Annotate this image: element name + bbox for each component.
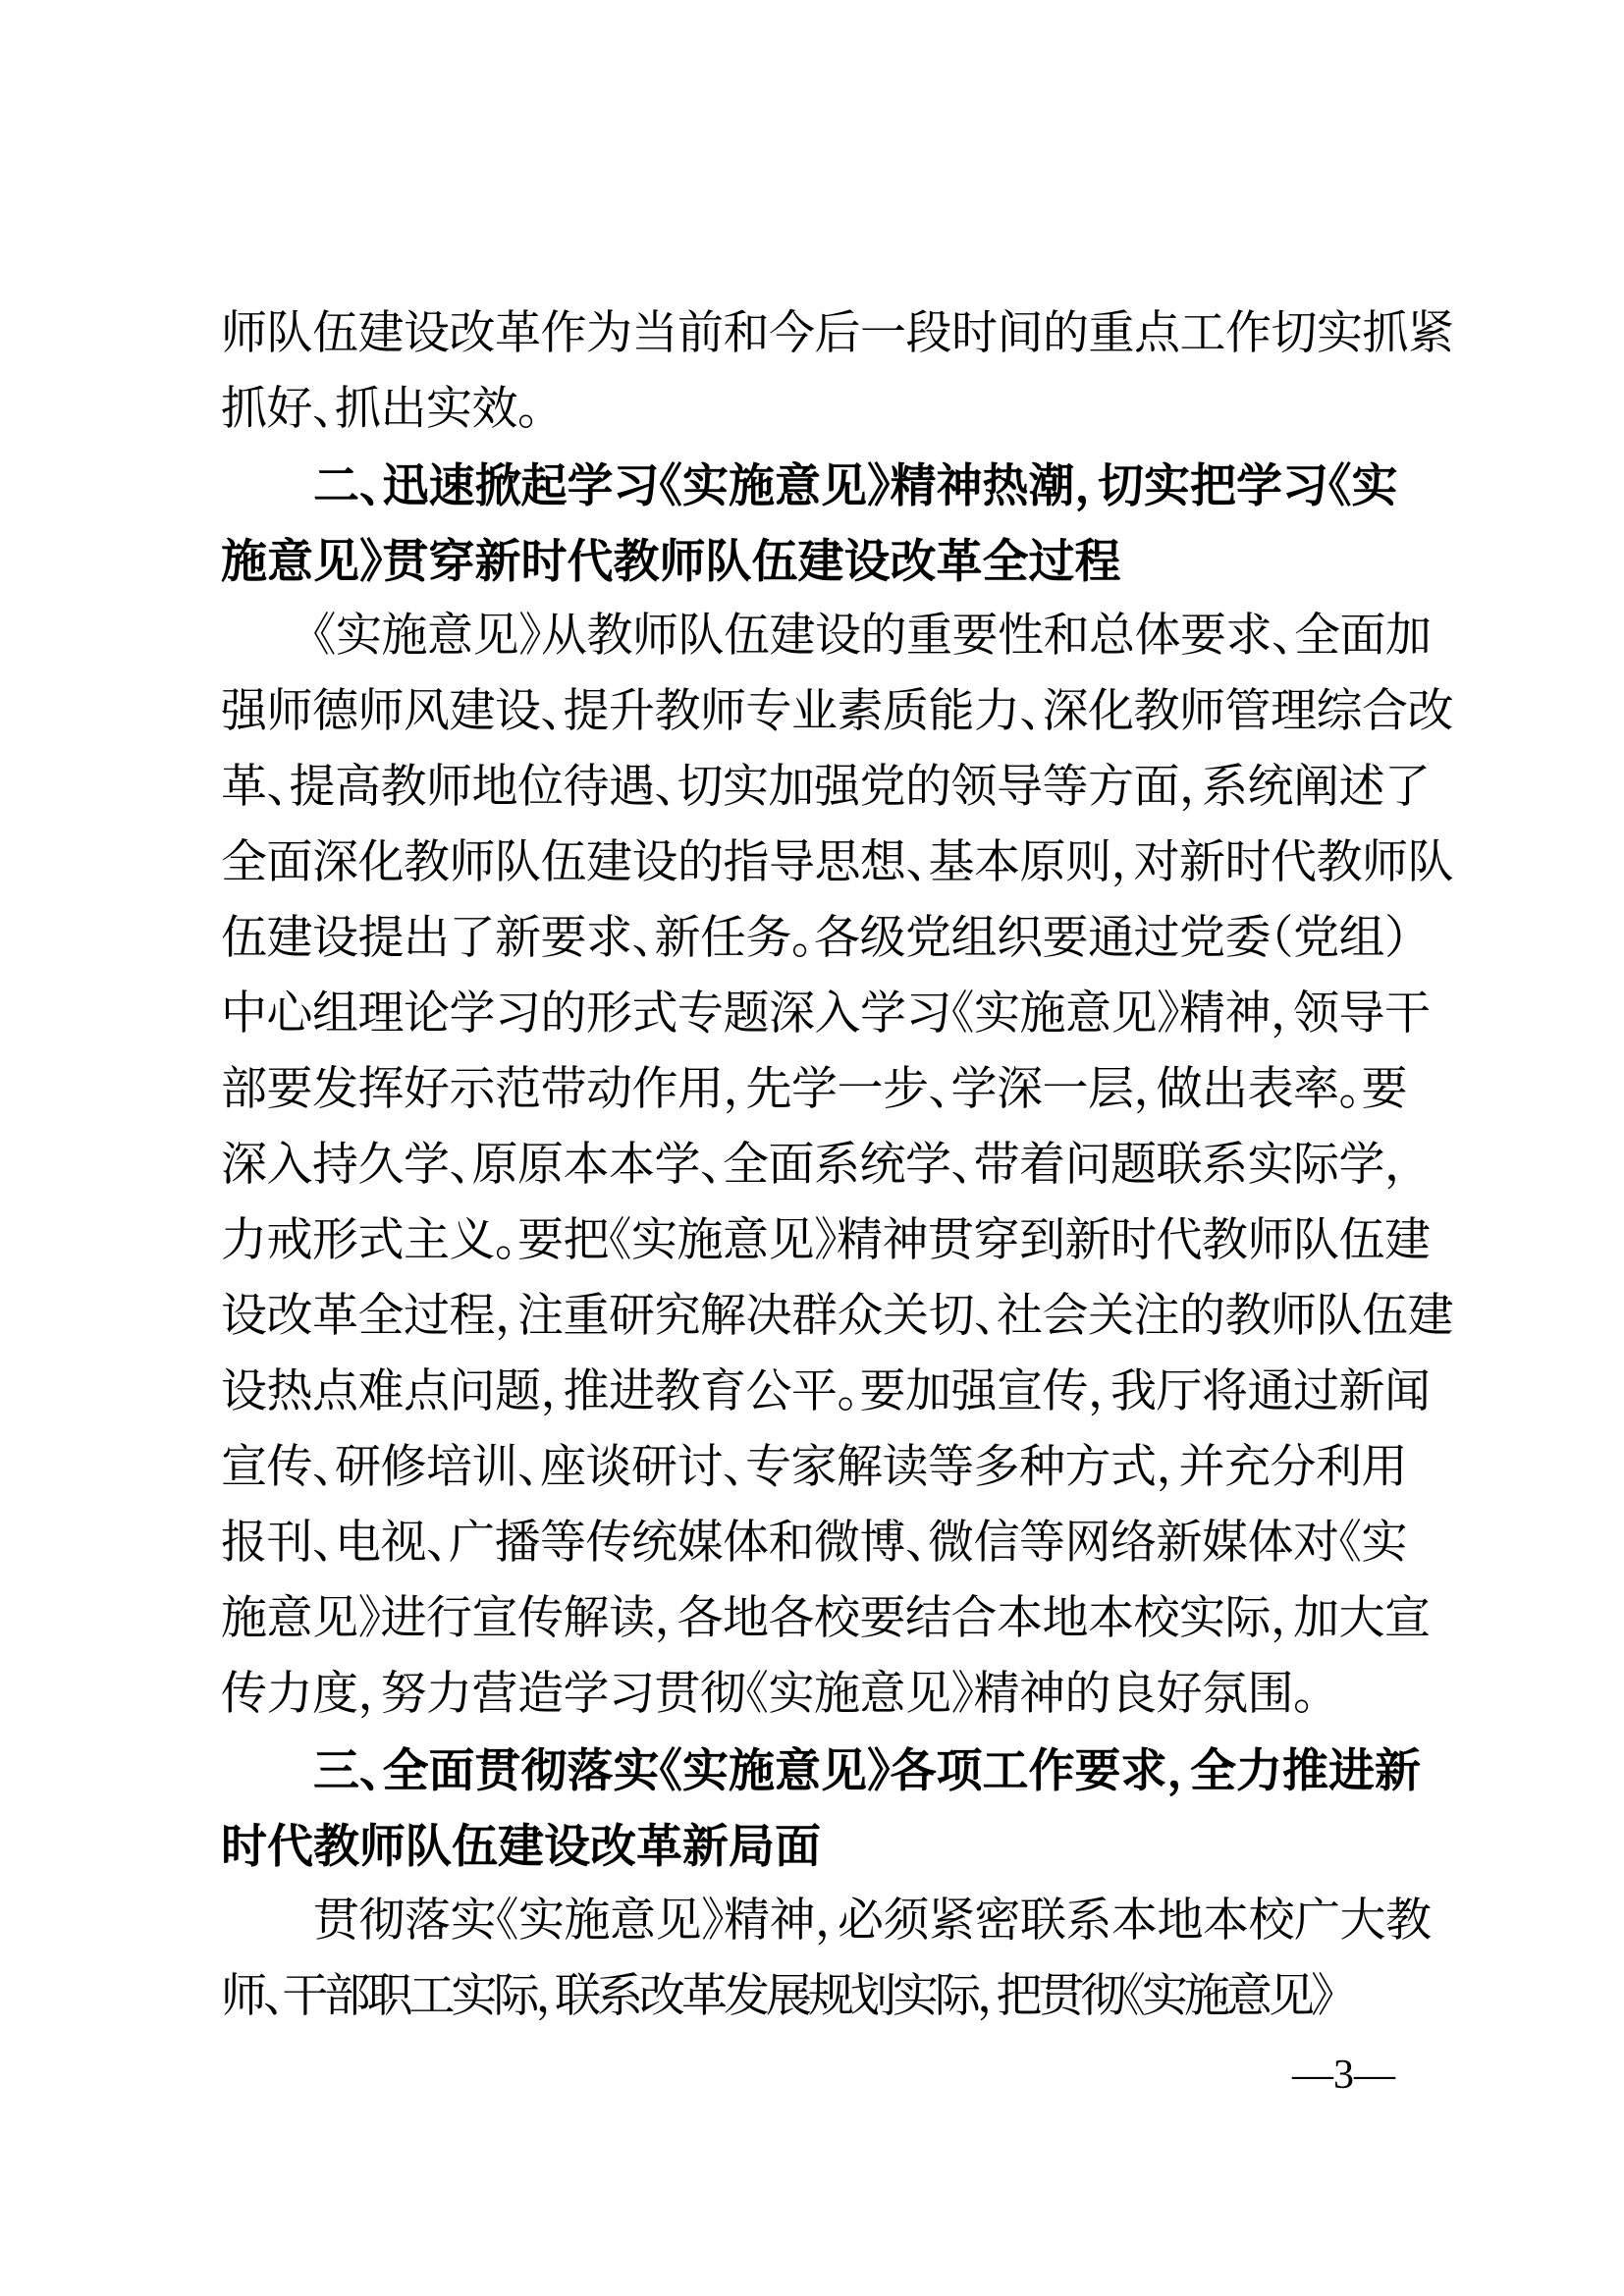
page-number: —3— bbox=[1292, 2053, 1395, 2098]
text-line: 深入持久学、原原本本学、全面系统学、带着问题联系实际学， bbox=[221, 1128, 1468, 1203]
text-line: 革、提高教师地位待遇、切实加强党的领导等方面，系统阐述了 bbox=[221, 750, 1468, 826]
text-line: 师、干部职工实际，联系改革发展规划实际，把贯彻《实施意见》 bbox=[221, 1959, 1468, 2035]
text-line: 抓好、抓出实效。 bbox=[221, 372, 1468, 448]
text-line: 设热点难点问题，推进教育公平。要加强宣传，我厅将通过新闻 bbox=[221, 1355, 1468, 1430]
text-line: 宣传、研修培训、座谈研讨、专家解读等多种方式，并充分利用 bbox=[221, 1430, 1468, 1506]
text-line: 贯彻落实《实施意见》精神，必须紧密联系本地本校广大教 bbox=[221, 1884, 1468, 1959]
section-heading-line: 时代教师队伍建设改革新局面 bbox=[221, 1808, 1468, 1884]
text-line: 部要发挥好示范带动作用，先学一步、学深一层，做出表率。要 bbox=[221, 1052, 1468, 1128]
text-line: 施意见》进行宣传解读，各地各校要结合本地本校实际，加大宣 bbox=[221, 1581, 1468, 1657]
section-heading-line: 三、全面贯彻落实《实施意见》各项工作要求，全力推进新 bbox=[221, 1733, 1468, 1808]
text-line: 强师德师风建设、提升教师专业素质能力、深化教师管理综合改 bbox=[221, 674, 1468, 750]
document-body: 师队伍建设改革作为当前和今后一段时间的重点工作切实抓紧 抓好、抓出实效。 二、迅… bbox=[221, 296, 1468, 2035]
document-page: 师队伍建设改革作为当前和今后一段时间的重点工作切实抓紧 抓好、抓出实效。 二、迅… bbox=[0, 0, 1624, 2296]
text-line: 力戒形式主义。要把《实施意见》精神贯穿到新时代教师队伍建 bbox=[221, 1203, 1468, 1279]
text-line: 全面深化教师队伍建设的指导思想、基本原则，对新时代教师队 bbox=[221, 826, 1468, 901]
text-line: 设改革全过程，注重研究解决群众关切、社会关注的教师队伍建 bbox=[221, 1279, 1468, 1355]
section-heading-line: 二、迅速掀起学习《实施意见》精神热潮，切实把学习《实 bbox=[221, 448, 1468, 523]
section-heading-line: 施意见》贯穿新时代教师队伍建设改革全过程 bbox=[221, 523, 1468, 599]
text-line: 伍建设提出了新要求、新任务。各级党组织要通过党委（党组） bbox=[221, 901, 1468, 977]
text-line: 报刊、电视、广播等传统媒体和微博、微信等网络新媒体对《实 bbox=[221, 1506, 1468, 1581]
text-line: 中心组理论学习的形式专题深入学习《实施意见》精神，领导干 bbox=[221, 977, 1468, 1052]
text-line: 师队伍建设改革作为当前和今后一段时间的重点工作切实抓紧 bbox=[221, 296, 1468, 372]
text-line: 传力度，努力营造学习贯彻《实施意见》精神的良好氛围。 bbox=[221, 1657, 1468, 1733]
text-line: 《实施意见》从教师队伍建设的重要性和总体要求、全面加 bbox=[221, 599, 1468, 674]
page-footer: —3— bbox=[1292, 2052, 1395, 2099]
